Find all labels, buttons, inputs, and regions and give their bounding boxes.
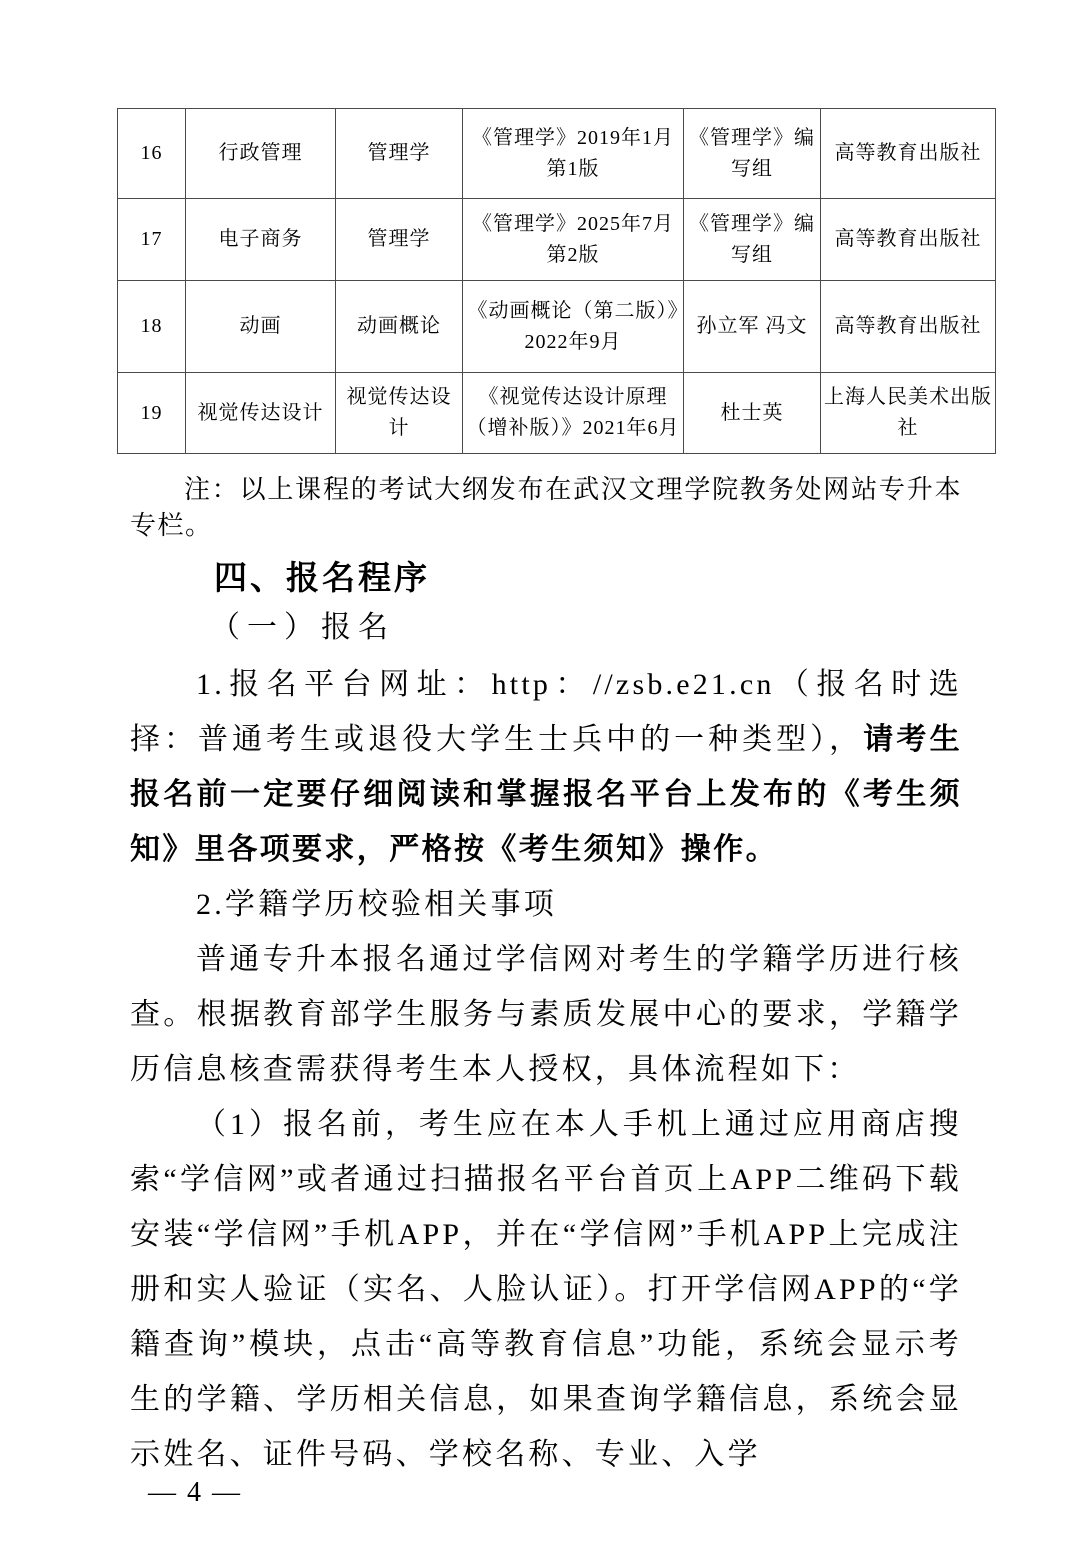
paragraph-xueji-title: 2.学籍学历校验相关事项 — [130, 877, 962, 932]
cell-major: 视觉传达设计 — [186, 373, 336, 454]
cell-publisher: 高等教育出版社 — [821, 199, 996, 281]
table-row: 17 电子商务 管理学 《管理学》2025年7月第2版 《管理学》编写组 高等教… — [118, 199, 996, 281]
cell-editor: 《管理学》编写组 — [684, 199, 821, 281]
paragraph-step1: （1）报名前，考生应在本人手机上通过应用商店搜索“学信网”或者通过扫描报名平台首… — [130, 1097, 962, 1482]
cell-course: 管理学 — [336, 199, 463, 281]
cell-editor: 《管理学》编写组 — [684, 109, 821, 199]
cell-publisher: 上海人民美术出版社 — [821, 373, 996, 454]
document-body: 注：以上课程的考试大纲发布在武汉文理学院教务处网站专升本专栏。 四、报名程序 （… — [130, 472, 962, 1482]
cell-textbook: 《视觉传达设计原理（增补版）》2021年6月 — [463, 373, 684, 454]
cell-course: 动画概论 — [336, 281, 463, 373]
cell-textbook: 《管理学》2025年7月第2版 — [463, 199, 684, 281]
page-number: — 4 — — [148, 1477, 242, 1509]
paragraph-registration-url: 1.报名平台网址：http：//zsb.e21.cn（报名时选择：普通考生或退役… — [130, 657, 962, 877]
cell-textbook: 《动画概论（第二版）》2022年9月 — [463, 281, 684, 373]
cell-course: 管理学 — [336, 109, 463, 199]
cell-publisher: 高等教育出版社 — [821, 281, 996, 373]
cell-major: 行政管理 — [186, 109, 336, 199]
registration-url-text: 1.报名平台网址：http：//zsb.e21.cn（报名时选择：普通考生或退役… — [130, 668, 962, 756]
paragraph-xueji-intro: 普通专升本报名通过学信网对考生的学籍学历进行核查。根据教育部学生服务与素质发展中… — [130, 932, 962, 1097]
cell-major: 电子商务 — [186, 199, 336, 281]
subsection-heading: （一）报名 — [130, 607, 962, 649]
cell-editor: 杜士英 — [684, 373, 821, 454]
cell-index: 19 — [118, 373, 186, 454]
cell-textbook: 《管理学》2019年1月第1版 — [463, 109, 684, 199]
document-page: 16 行政管理 管理学 《管理学》2019年1月第1版 《管理学》编写组 高等教… — [0, 0, 1090, 1560]
cell-major: 动画 — [186, 281, 336, 373]
course-table: 16 行政管理 管理学 《管理学》2019年1月第1版 《管理学》编写组 高等教… — [117, 108, 996, 454]
table-note: 注：以上课程的考试大纲发布在武汉文理学院教务处网站专升本专栏。 — [130, 472, 962, 544]
cell-index: 16 — [118, 109, 186, 199]
cell-course: 视觉传达设计 — [336, 373, 463, 454]
table-row: 16 行政管理 管理学 《管理学》2019年1月第1版 《管理学》编写组 高等教… — [118, 109, 996, 199]
table-row: 18 动画 动画概论 《动画概论（第二版）》2022年9月 孙立军 冯文 高等教… — [118, 281, 996, 373]
cell-index: 17 — [118, 199, 186, 281]
section-heading: 四、报名程序 — [130, 557, 962, 599]
cell-publisher: 高等教育出版社 — [821, 109, 996, 199]
table-row: 19 视觉传达设计 视觉传达设计 《视觉传达设计原理（增补版）》2021年6月 … — [118, 373, 996, 454]
cell-index: 18 — [118, 281, 186, 373]
cell-editor: 孙立军 冯文 — [684, 281, 821, 373]
